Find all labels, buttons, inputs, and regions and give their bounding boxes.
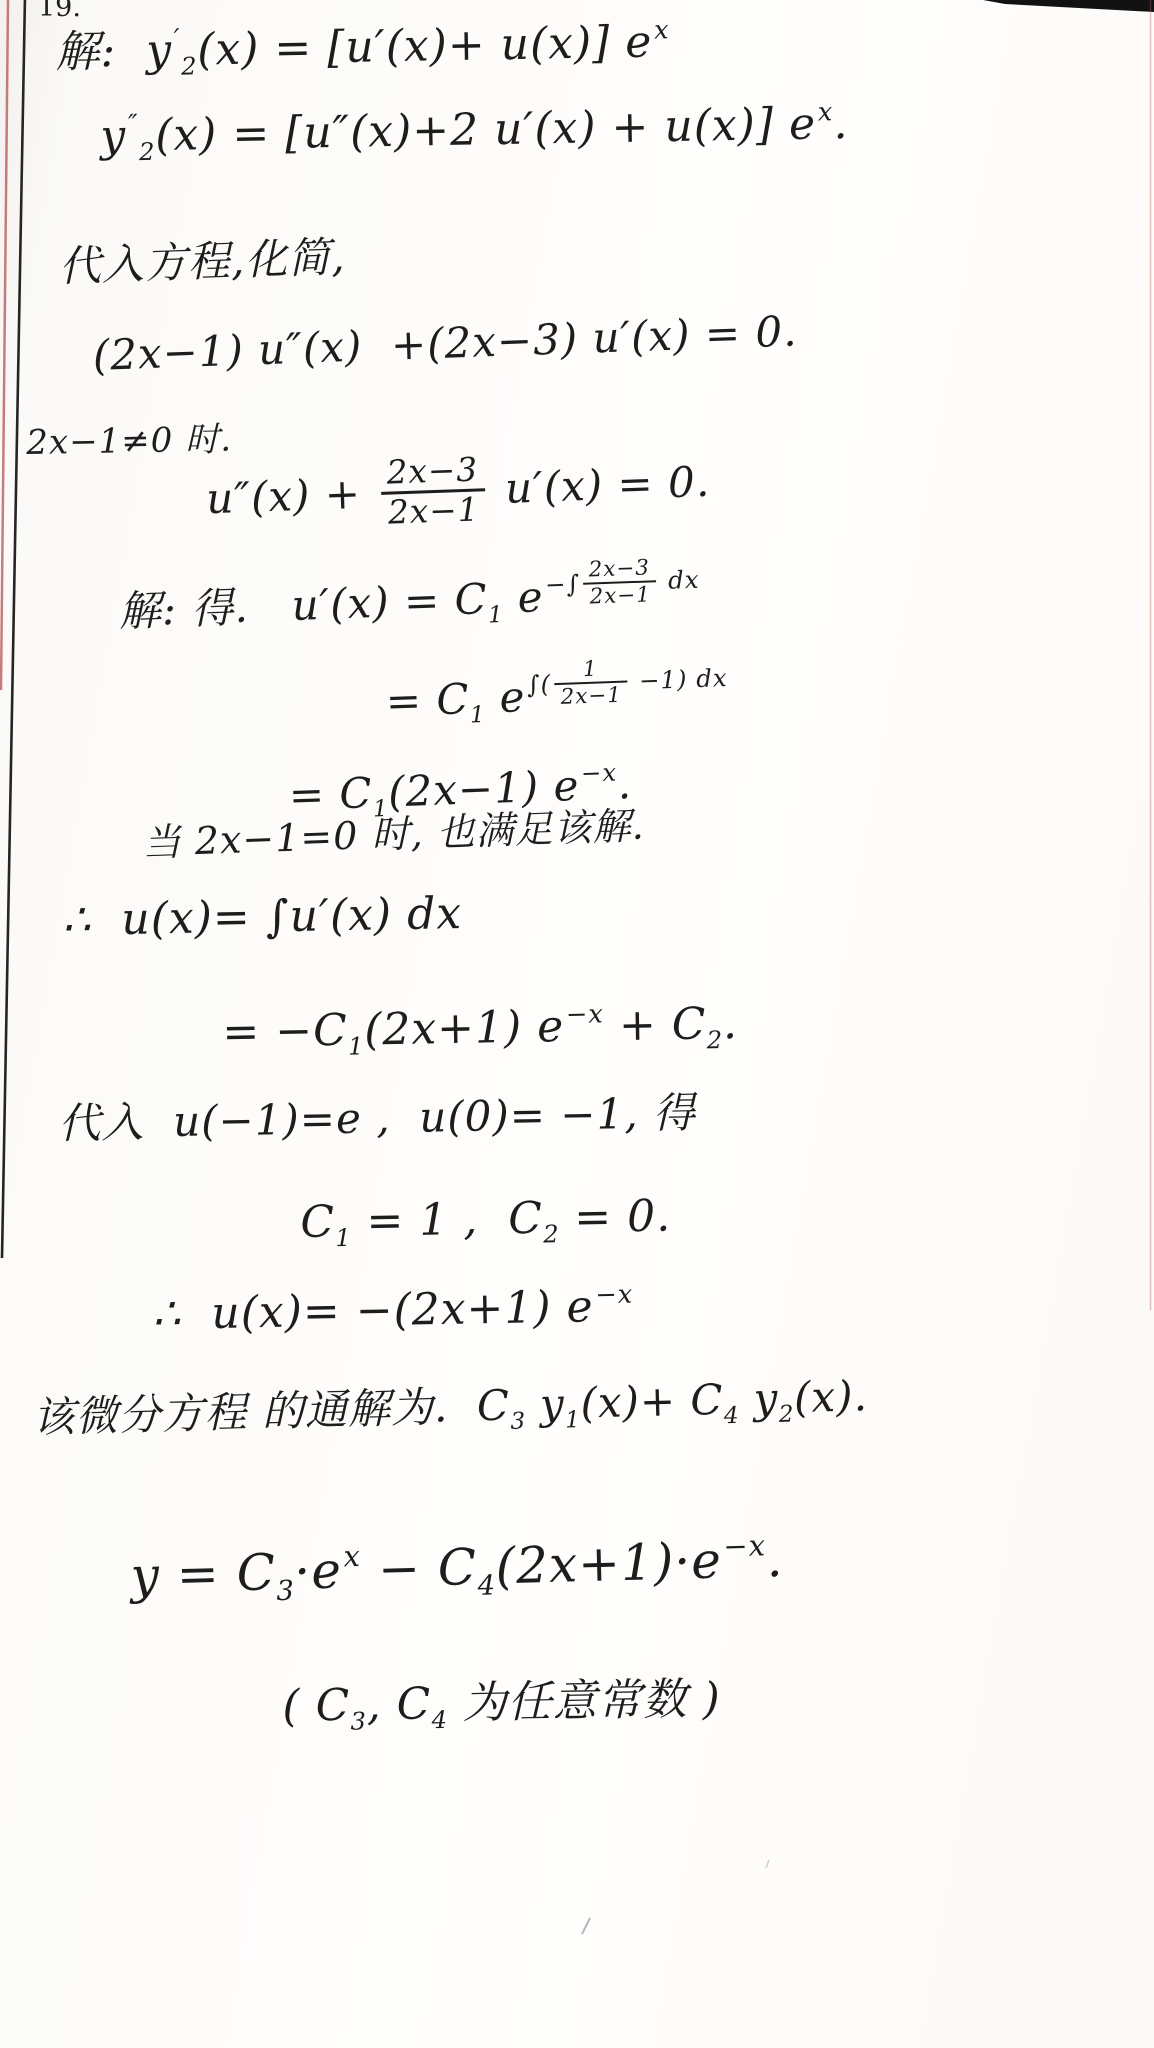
line-integrate-u: ∴ u(x)= ∫u′(x) dx bbox=[62, 889, 462, 947]
stray-mark-icon bbox=[582, 1918, 590, 1934]
line-special-case: 当 2x−1=0 时, 也满足该解. bbox=[142, 804, 645, 865]
black-margin-line bbox=[2, 0, 25, 1258]
line-constants-values: C1 = 1 , C2 = 0. bbox=[300, 1192, 672, 1249]
line-solve-y2-prime: 解: y′2(x) = [u′(x)+ u(x)] ex bbox=[55, 17, 670, 78]
line-apply-conditions: 代入 u(−1)=e , u(0)= −1, 得 bbox=[58, 1089, 696, 1148]
line-y2-double-prime: y″2(x) = [u″(x)+2 u′(x) + u(x)] ex. bbox=[100, 99, 849, 163]
page-edge-shadow bbox=[983, 0, 1154, 12]
line-constants-note: ( C3, C4 为任意常数 ) bbox=[282, 1674, 721, 1732]
line-u-final: ∴ u(x)= −(2x+1) e−x bbox=[152, 1282, 634, 1341]
line-eq-normalized: u″(x) + 2x−32x−1 u′(x) = 0. bbox=[205, 444, 711, 537]
line-condition-nonzero: 2x−1≠0 时. bbox=[26, 420, 232, 463]
line-general-solution-eq: y = C3·ex − C4(2x+1)·e−x. bbox=[130, 1531, 784, 1606]
line-uprime-step2: = C1 e∫(12x−1 −1) dx bbox=[385, 666, 729, 733]
line-general-solution-text: 该微分方程 的通解为. C3 y1(x)+ C4 y2(x). bbox=[32, 1372, 868, 1442]
line-solve-uprime: 解: 得. u′(x) = C1 e−∫2x−32x−1 dx bbox=[118, 568, 701, 643]
notebook-page: 19. 解: y′2(x) = [u′(x)+ u(x)] exy″2(x) =… bbox=[0, 0, 1154, 2048]
stray-mark-icon bbox=[766, 1860, 769, 1868]
line-eq-substituted: (2x−1) u″(x) +(2x−3) u′(x) = 0. bbox=[92, 307, 798, 380]
line-u-general: = −C1(2x+1) e−x + C2. bbox=[222, 999, 738, 1059]
problem-number: 19. bbox=[38, 0, 81, 23]
line-substitute-simplify: 代入方程,化简, bbox=[58, 233, 346, 291]
red-margin-line bbox=[1, 0, 8, 690]
